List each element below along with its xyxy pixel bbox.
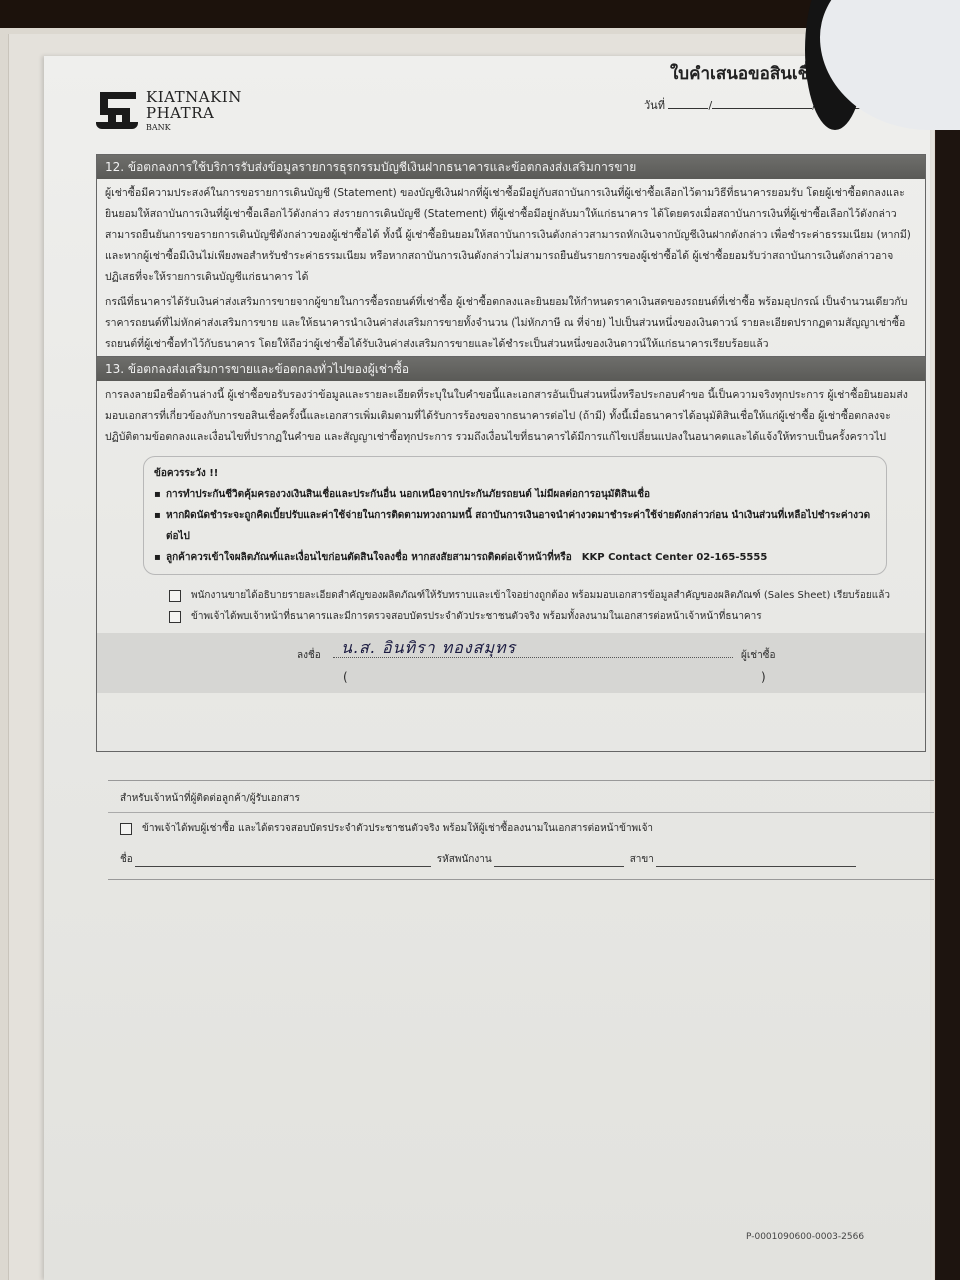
section-13-title: 13. ข้อตกลงส่งเสริมการขายและข้อตกลงทั่วไ… (97, 357, 925, 381)
employee-id-field[interactable] (494, 855, 624, 867)
warning-item: หากผิดนัดชำระจะถูกคิดเบี้ยปรับและค่าใช้จ… (166, 505, 876, 547)
bank-name-line2: PHATRA (146, 105, 242, 121)
staff-name-label: ชื่อ (120, 852, 133, 867)
checkbox-staff-verified[interactable]: ข้าพเจ้าได้พบผู้เช่าซื้อ และได้ตรวจสอบบั… (108, 813, 934, 844)
signature-area: ลงชื่อ น.ส. อินทิรา ทองสมุทร ผู้เช่าซื้อ… (97, 633, 925, 693)
section-12-paragraph-1: ผู้เช่าซื้อมีความประสงค์ในการขอรายการเดิ… (105, 183, 917, 288)
section-13-paragraph: การลงลายมือชื่อด้านล่างนี้ ผู้เช่าซื้อขอ… (105, 385, 917, 448)
staff-fields: ชื่อ รหัสพนักงาน สาขา (108, 844, 934, 879)
document-page: ใบคำเสนอขอสินเชื่อเช่าซ KIATNAKIN PHATRA… (44, 56, 930, 1280)
checkbox-icon[interactable] (169, 590, 181, 602)
signature-role: ผู้เช่าซื้อ (741, 645, 775, 666)
warning-box: ข้อควรระวัง !! ▪การทำประกันชีวิตคุ้มครอง… (143, 456, 887, 575)
branch-label: สาขา (630, 852, 654, 867)
date-label: วันที่ (644, 99, 665, 112)
checkbox-label: ข้าพเจ้าได้พบเจ้าหน้าที่ธนาคารและมีการตร… (191, 606, 762, 627)
staff-name-field[interactable] (135, 855, 431, 867)
section-12-paragraph-2: กรณีที่ธนาคารได้รับเงินค่าส่งเสริมการขาย… (105, 292, 917, 355)
section-13: 13. ข้อตกลงส่งเสริมการขายและข้อตกลงทั่วไ… (96, 356, 926, 752)
section-12: 12. ข้อตกลงการใช้บริการรับส่งข้อมูลรายกา… (96, 154, 926, 363)
bank-name-line3: BANK (146, 123, 242, 133)
branch-field[interactable] (656, 855, 856, 867)
handwritten-signature: น.ส. อินทิรา ทองสมุทร (341, 637, 516, 658)
checkbox-label: พนักงานขายได้อธิบายรายละเอียดสำคัญของผลิ… (191, 585, 890, 606)
staff-heading: สำหรับเจ้าหน้าที่ผู้ติดต่อลูกค้า/ผู้รับเ… (108, 781, 934, 813)
employee-id-label: รหัสพนักงาน (437, 852, 492, 867)
checkbox-label: ข้าพเจ้าได้พบผู้เช่าซื้อ และได้ตรวจสอบบั… (142, 821, 653, 836)
checkbox-icon[interactable] (120, 823, 132, 835)
staff-section: สำหรับเจ้าหน้าที่ผู้ติดต่อลูกค้า/ผู้รับเ… (108, 780, 934, 880)
warning-item: การทำประกันชีวิตคุ้มครองวงเงินสินเชื่อแล… (166, 484, 650, 505)
bank-name-line1: KIATNAKIN (146, 90, 242, 105)
section-12-title: 12. ข้อตกลงการใช้บริการรับส่งข้อมูลรายกา… (97, 155, 925, 179)
signature-label: ลงชื่อ (297, 645, 321, 666)
document-code: P-0001090600-0003-2566 (746, 1232, 864, 1242)
background-edge (936, 0, 960, 1280)
checkbox-icon[interactable] (169, 611, 181, 623)
contact-center: KKP Contact Center 02-165-5555 (582, 552, 768, 563)
warning-item: ลูกค้าควรเข้าใจผลิตภัณฑ์และเงื่อนไขก่อนต… (166, 552, 572, 563)
checkbox-id-verified[interactable]: ข้าพเจ้าได้พบเจ้าหน้าที่ธนาคารและมีการตร… (169, 606, 917, 627)
warning-heading: ข้อควรระวัง !! (154, 463, 876, 484)
bank-logo: KIATNAKIN PHATRA BANK (96, 90, 242, 133)
bank-logo-icon (96, 90, 138, 132)
date-day-line[interactable] (668, 98, 708, 109)
checkbox-sales-sheet[interactable]: พนักงานขายได้อธิบายรายละเอียดสำคัญของผลิ… (169, 585, 917, 606)
date-month-line[interactable] (712, 98, 812, 109)
